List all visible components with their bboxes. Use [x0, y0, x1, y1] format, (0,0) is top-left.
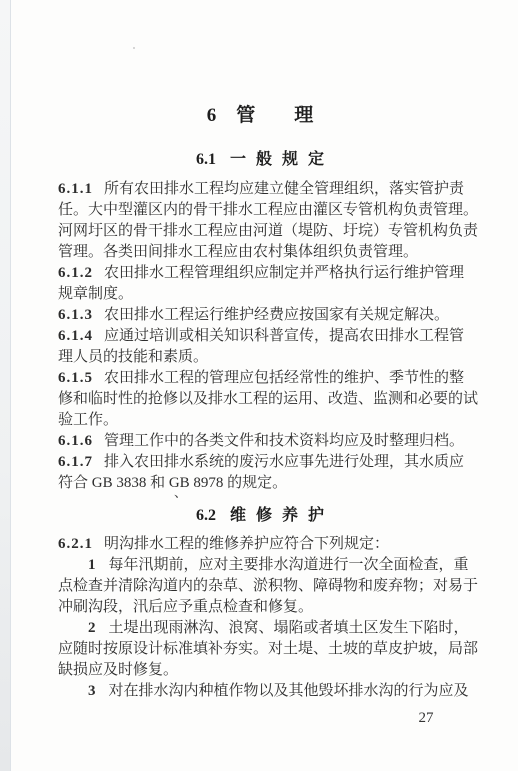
clause-number: 6.1.1: [58, 181, 93, 197]
page-edge-shadow: [0, 0, 11, 771]
text-line: 修和临时性的抢修以及排水工程的运用、改造、监测和必要的试: [58, 389, 462, 410]
text-line: 应随时按原设计标准填补夯实。对土堤、土坡的草皮护坡，局部: [58, 639, 462, 660]
line-text: 点检查并清除沟道内的杂草、淤积物、障碍物和废弃物；对易于: [58, 578, 478, 594]
clause-number: 6.1.2: [58, 265, 93, 281]
section-6-1-body: 6.1.1所有农田排水工程均应建立健全管理组织，落实管护责 任。大中型灌区内的骨…: [58, 179, 462, 494]
clause-number: 6.1.7: [58, 454, 93, 470]
chapter-title: 管理: [236, 105, 352, 126]
text-line: 验工作。: [58, 410, 462, 431]
line-text: 理人员的技能和素质。: [58, 349, 208, 365]
section-heading-6-1: 6.1一般规定: [58, 150, 462, 170]
line-text: 管理工作中的各类文件和技术资料均应及时整理归档。: [104, 433, 464, 449]
text-line: 河网圩区的骨干排水工程应由河道（堤防、圩垸）专管机构负责: [58, 221, 462, 242]
line-text: 规章制度。: [58, 286, 133, 302]
line-text: 对在排水沟内种植作物以及其他毁坏排水沟的行为应及: [109, 683, 469, 699]
line-text: 土堤出现雨淋沟、浪窝、塌陷或者填土区发生下陷时，: [109, 620, 469, 636]
line-text: 明沟排水工程的维修养护应符合下列规定：: [104, 536, 389, 552]
text-line: 1每年汛期前，应对主要排水沟道进行一次全面检查，重: [58, 555, 462, 576]
subitem-number: 1: [88, 557, 96, 573]
clause-number: 6.2.1: [58, 536, 93, 552]
clause-number: 6.1.3: [58, 307, 93, 323]
text-line: 6.1.5农田排水工程的管理应包括经常性的维护、季节性的整: [58, 368, 462, 389]
text-line: 点检查并清除沟道内的杂草、淤积物、障碍物和废弃物；对易于: [58, 576, 462, 597]
text-line: 规章制度。: [58, 284, 462, 305]
text-line: 6.2.1明沟排水工程的维修养护应符合下列规定：: [58, 534, 462, 555]
line-text: 验工作。: [58, 412, 118, 428]
text-line: 任。大中型灌区内的骨干排水工程应由灌区专管机构负责管理。: [58, 200, 462, 221]
page-content: 6管理 6.1一般规定 6.1.1所有农田排水工程均应建立健全管理组织，落实管护…: [58, 0, 462, 702]
section-6-2-body: 6.2.1明沟排水工程的维修养护应符合下列规定： 1每年汛期前，应对主要排水沟道…: [58, 534, 462, 702]
section-title: 维修养护: [230, 507, 334, 524]
line-text: 河网圩区的骨干排水工程应由河道（堤防、圩垸）专管机构负责: [58, 223, 478, 239]
section-number: 6.1: [196, 151, 216, 168]
line-text: 应随时按原设计标准填补夯实。对土堤、土坡的草皮护坡，局部: [58, 641, 478, 657]
text-line: 6.1.6管理工作中的各类文件和技术资料均应及时整理归档。: [58, 431, 462, 452]
line-text: 任。大中型灌区内的骨干排水工程应由灌区专管机构负责管理。: [58, 202, 478, 218]
clause-number: 6.1.6: [58, 433, 93, 449]
line-text: 缺损应及时修复。: [58, 662, 178, 678]
line-text: 农田排水工程的管理应包括经常性的维护、季节性的整: [104, 370, 464, 386]
scan-artifact-mark: 、: [174, 486, 187, 499]
clause-number: 6.1.5: [58, 370, 93, 386]
text-line: 冲刷沟段，汛后应予重点检查和修复。: [58, 597, 462, 618]
text-line: 3对在排水沟内种植作物以及其他毁坏排水沟的行为应及: [58, 681, 462, 702]
subitem-number: 2: [88, 620, 96, 636]
line-text: 排入农田排水系统的废污水应事先进行处理，其水质应: [104, 454, 464, 470]
section-heading-6-2: 6.2维修养护: [58, 506, 462, 526]
text-line: 6.1.4应通过培训或相关知识科普宣传，提高农田排水工程管: [58, 326, 462, 347]
line-text: 管理。各类田间排水工程应由农村集体组织负责管理。: [58, 244, 418, 260]
subitem-number: 3: [88, 683, 96, 699]
document-page: 6管理 6.1一般规定 6.1.1所有农田排水工程均应建立健全管理组织，落实管护…: [0, 0, 518, 771]
text-line: 6.1.1所有农田排水工程均应建立健全管理组织，落实管护责: [58, 179, 462, 200]
text-line: 2土堤出现雨淋沟、浪窝、塌陷或者填土区发生下陷时，: [58, 618, 462, 639]
text-line: 理人员的技能和素质。: [58, 347, 462, 368]
section-number: 6.2: [196, 507, 216, 524]
line-text: 修和临时性的抢修以及排水工程的运用、改造、监测和必要的试: [58, 391, 478, 407]
line-text: 农田排水工程管理组织应制定并严格执行运行维护管理: [104, 265, 464, 281]
line-text: 冲刷沟段，汛后应予重点检查和修复。: [58, 599, 313, 615]
text-line: 6.1.2农田排水工程管理组织应制定并严格执行运行维护管理: [58, 263, 462, 284]
text-line: 6.1.3农田排水工程运行维护经费应按国家有关规定解决。: [58, 305, 462, 326]
text-line: 6.1.7排入农田排水系统的废污水应事先进行处理，其水质应: [58, 452, 462, 473]
text-line: 缺损应及时修复。: [58, 660, 462, 681]
section-title: 一般规定: [230, 151, 334, 168]
line-text: 每年汛期前，应对主要排水沟道进行一次全面检查，重: [109, 557, 469, 573]
line-text: 应通过培训或相关知识科普宣传，提高农田排水工程管: [104, 328, 464, 344]
text-line: 符合 GB 3838 和 GB 8978 的规定。: [58, 473, 462, 494]
clause-number: 6.1.4: [58, 328, 93, 344]
page-number: 27: [408, 708, 444, 729]
chapter-number: 6: [207, 105, 217, 126]
line-text: 农田排水工程运行维护经费应按国家有关规定解决。: [104, 307, 449, 323]
line-text: 所有农田排水工程均应建立健全管理组织，落实管护责: [104, 181, 464, 197]
line-text: 符合 GB 3838 和 GB 8978 的规定。: [58, 475, 287, 491]
text-line: 管理。各类田间排水工程应由农村集体组织负责管理。: [58, 242, 462, 263]
chapter-heading: 6管理: [58, 104, 462, 128]
